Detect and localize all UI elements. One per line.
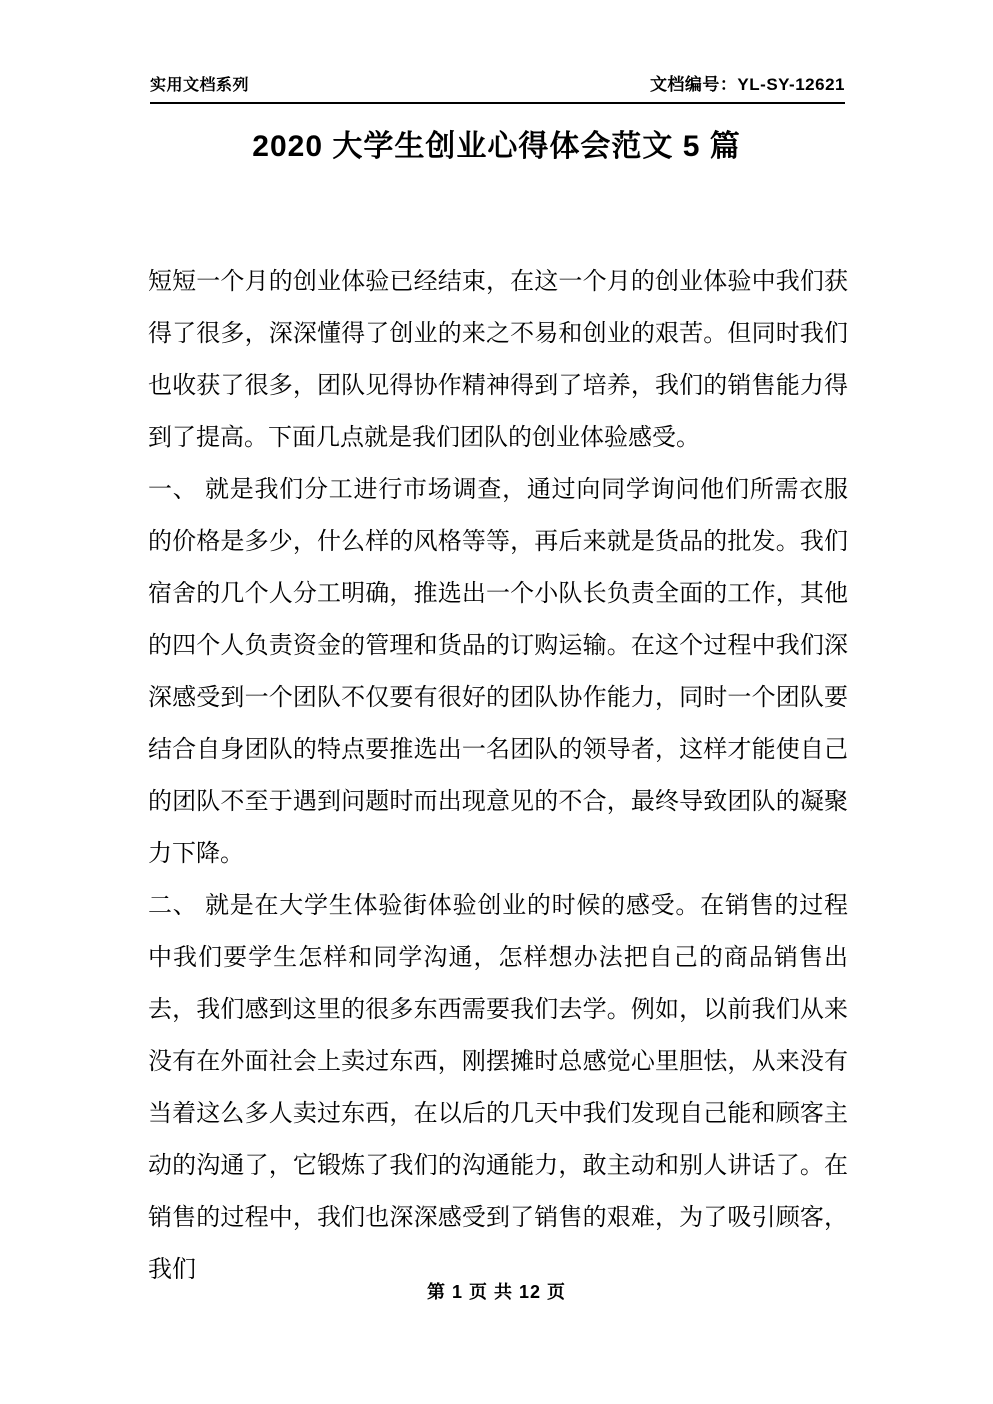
doc-number-label: 文档编号：YL-SY-12621 — [650, 70, 845, 95]
page-footer: 第 1 页 共 12 页 — [0, 1278, 993, 1304]
document-title: 2020 大学生创业心得体会范文 5 篇 — [0, 121, 993, 165]
body-paragraph-point-one: 一、 就是我们分工进行市场调查，通过向同学询问他们所需衣服的价格是多少，什么样的… — [148, 464, 848, 880]
document-body: 短短一个月的创业体验已经结束，在这一个月的创业体验中我们获得了很多，深深懂得了创… — [148, 256, 848, 1296]
document-header: 实用文档系列 文档编号：YL-SY-12621 — [150, 70, 845, 95]
series-label: 实用文档系列 — [150, 72, 249, 95]
page-indicator: 第 1 页 共 12 页 — [427, 1282, 566, 1302]
header-divider — [150, 102, 845, 104]
document-page: 实用文档系列 文档编号：YL-SY-12621 2020 大学生创业心得体会范文… — [0, 0, 993, 1404]
body-paragraph-point-two: 二、 就是在大学生体验街体验创业的时候的感受。在销售的过程中我们要学生怎样和同学… — [148, 880, 848, 1296]
body-paragraph-intro: 短短一个月的创业体验已经结束，在这一个月的创业体验中我们获得了很多，深深懂得了创… — [148, 256, 848, 464]
